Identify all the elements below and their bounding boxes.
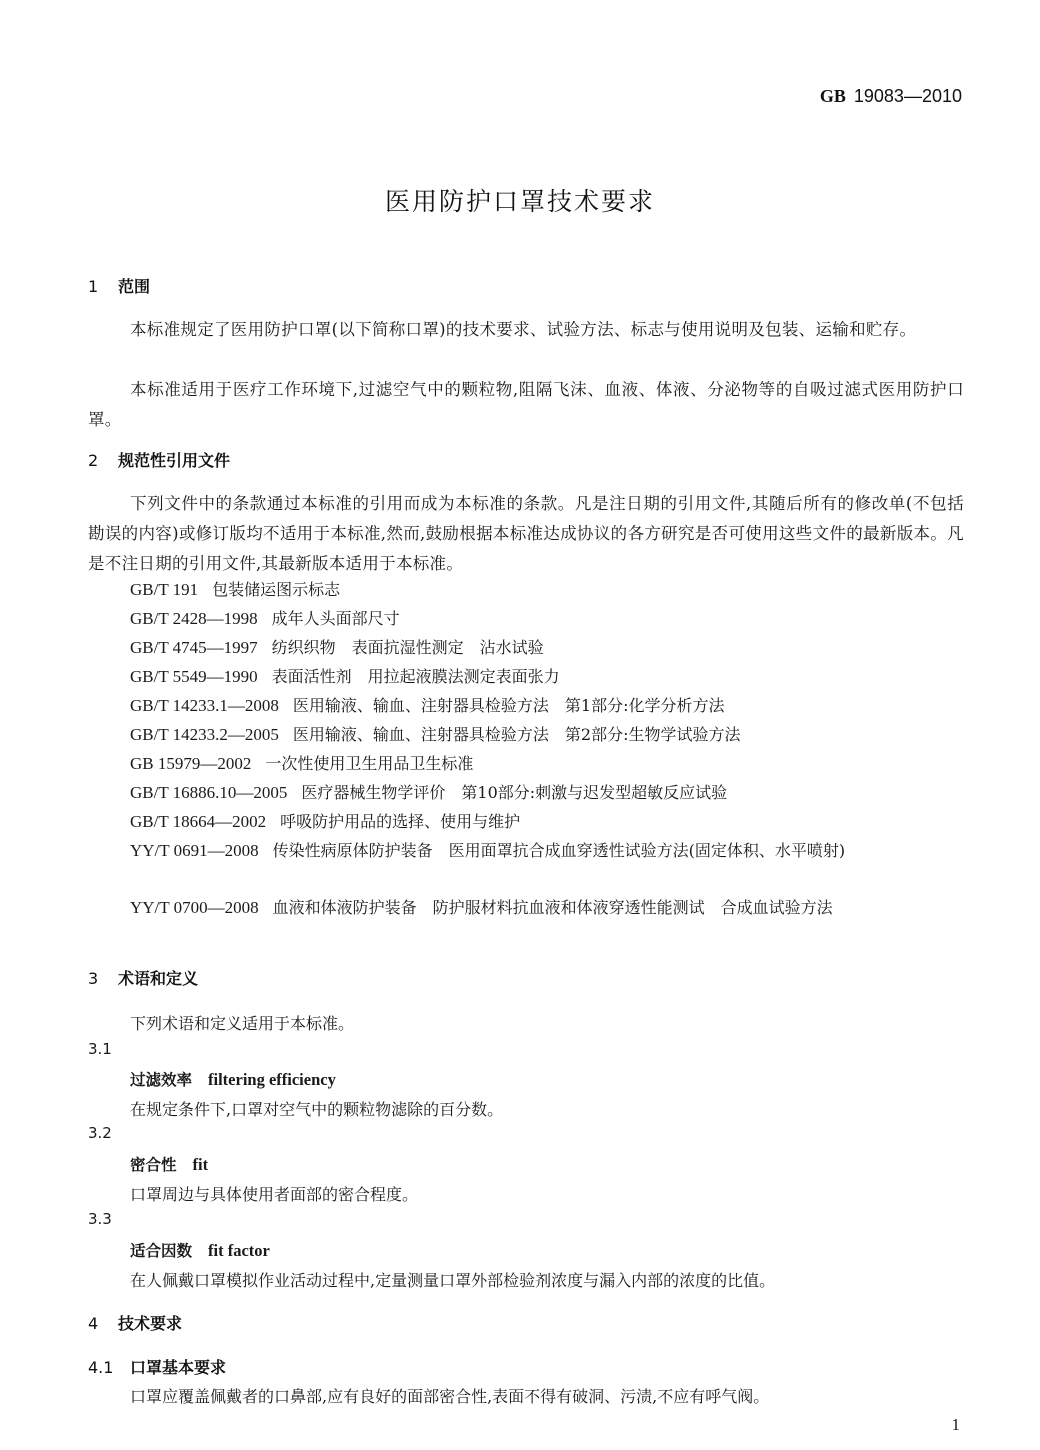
paragraph: 本标准规定了医用防护口罩(以下简称口罩)的技术要求、试验方法、标志与使用说明及包… (88, 315, 964, 345)
paragraph: 口罩应覆盖佩戴者的口鼻部,应有良好的面部密合性,表面不得有破洞、污渍,不应有呼气… (130, 1384, 769, 1407)
term-definition: 口罩周边与具体使用者面部的密合程度。 (130, 1182, 418, 1205)
section-2-heading: 2规范性引用文件 (88, 448, 230, 471)
reference-item: GB/T 191包装储运图示标志 (88, 575, 964, 605)
reference-item: GB/T 5549—1990表面活性剂 用拉起液膜法测定表面张力 (88, 662, 964, 692)
standard-prefix: GB (820, 86, 846, 106)
reference-item: GB/T 16886.10—2005医疗器械生物学评价 第10部分:刺激与迟发型… (88, 778, 964, 808)
reference-item: GB/T 14233.2—2005医用输液、输血、注射器具检验方法 第2部分:生… (88, 720, 964, 750)
standard-code: GB19083—2010 (820, 86, 962, 107)
section-3-heading: 3术语和定义 (88, 966, 198, 989)
term-title: 适合因数fit factor (130, 1239, 270, 1261)
reference-item: GB/T 2428—1998成年人头面部尺寸 (88, 604, 964, 634)
term-title: 过滤效率filtering efficiency (130, 1068, 336, 1090)
subsection-4-1-heading: 4.1口罩基本要求 (88, 1355, 226, 1378)
paragraph: 下列术语和定义适用于本标准。 (130, 1011, 354, 1034)
term-definition: 在人佩戴口罩模拟作业活动过程中,定量测量口罩外部检验剂浓度与漏入内部的浓度的比值… (130, 1268, 775, 1291)
term-number: 3.1 (88, 1040, 112, 1058)
paragraph: 下列文件中的条款通过本标准的引用而成为本标准的条款。凡是注日期的引用文件,其随后… (88, 489, 964, 579)
term-number: 3.3 (88, 1210, 112, 1228)
reference-item: GB/T 14233.1—2008医用输液、输血、注射器具检验方法 第1部分:化… (88, 691, 964, 721)
reference-item: YY/T 0700—2008血液和体液防护装备 防护服材料抗血液和体液穿透性能测… (88, 893, 964, 923)
reference-item: YY/T 0691—2008传染性病原体防护装备 医用面罩抗合成血穿透性试验方法… (88, 836, 964, 866)
standard-number: 19083—2010 (854, 86, 962, 106)
paragraph: 本标准适用于医疗工作环境下,过滤空气中的颗粒物,阻隔飞沫、血液、体液、分泌物等的… (88, 375, 964, 435)
reference-item: GB/T 18664—2002呼吸防护用品的选择、使用与维护 (88, 807, 964, 837)
term-number: 3.2 (88, 1124, 112, 1142)
page-number: 1 (952, 1415, 961, 1435)
section-4-heading: 4技术要求 (88, 1311, 182, 1334)
term-definition: 在规定条件下,口罩对空气中的颗粒物滤除的百分数。 (130, 1097, 503, 1120)
section-1-heading: 1范围 (88, 274, 150, 297)
reference-item: GB/T 4745—1997纺织织物 表面抗湿性测定 沾水试验 (88, 633, 964, 663)
reference-item: GB 15979—2002一次性使用卫生用品卫生标准 (88, 749, 964, 779)
term-title: 密合性fit (130, 1153, 208, 1175)
document-title: 医用防护口罩技术要求 (0, 182, 1040, 218)
